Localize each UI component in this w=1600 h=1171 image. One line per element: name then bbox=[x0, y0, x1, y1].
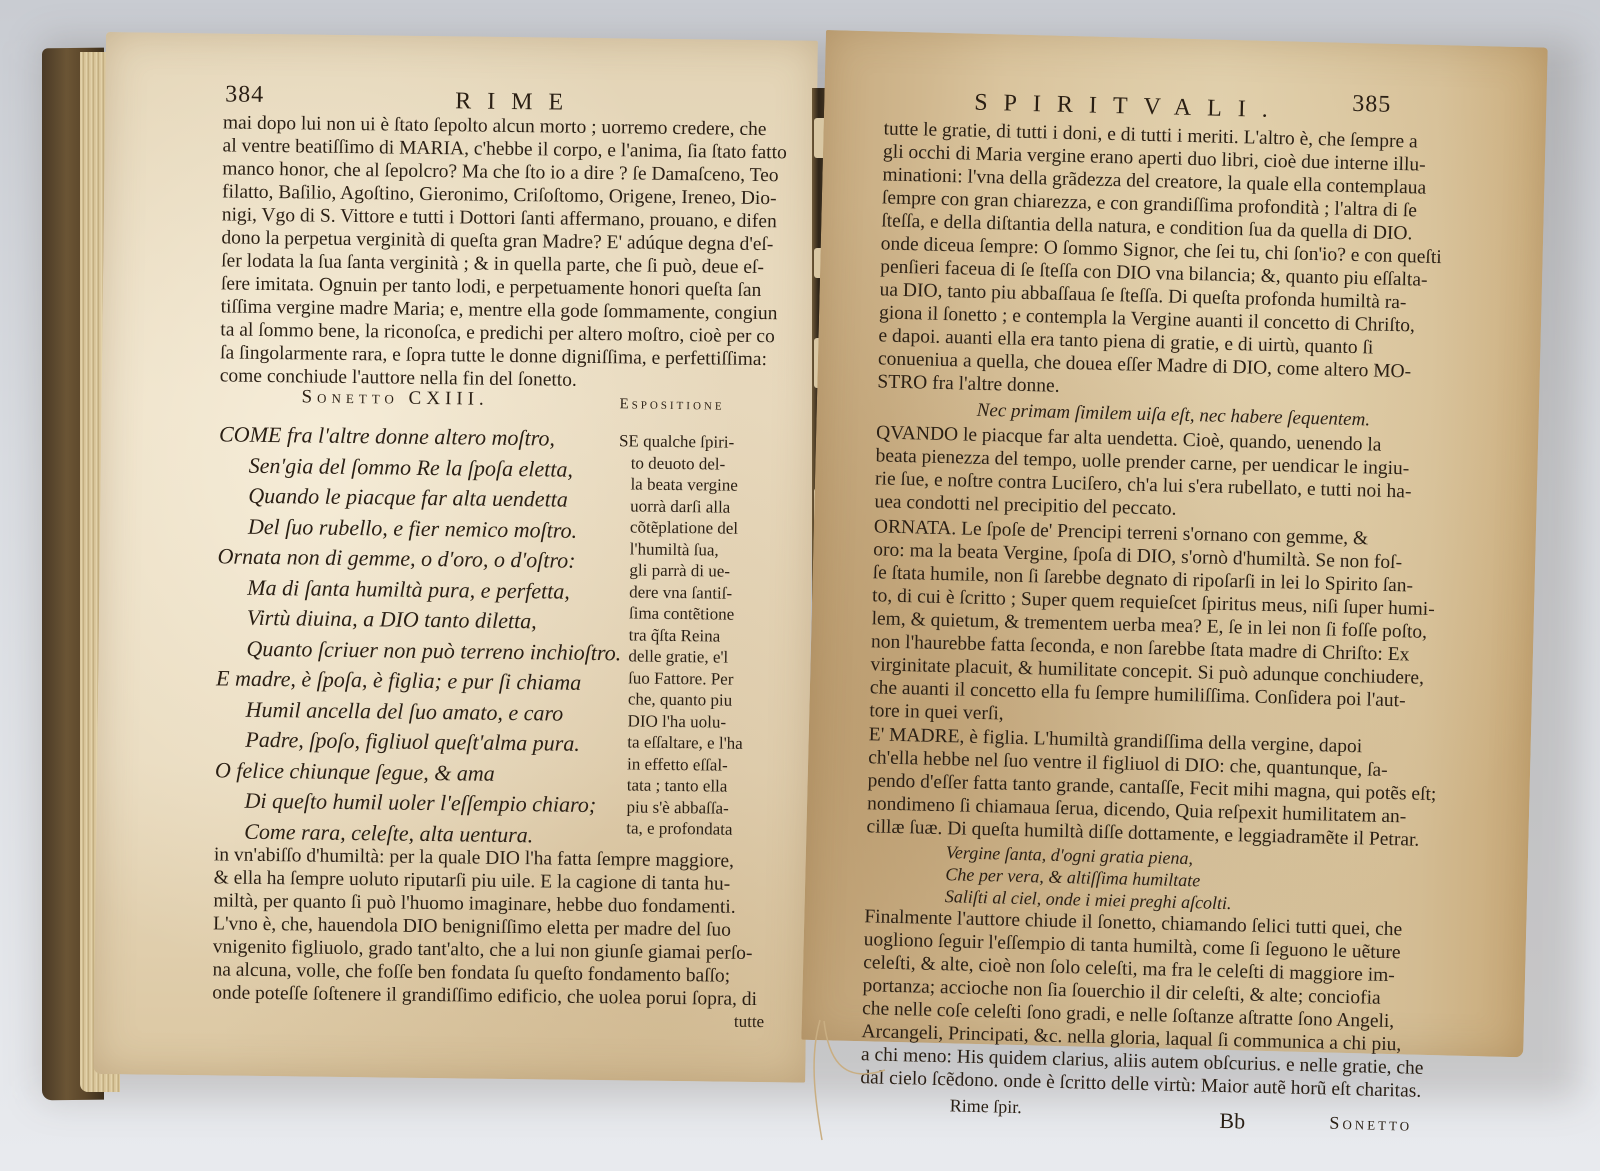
exposition-line: che, quanto piu bbox=[616, 688, 776, 711]
catchword-right: Sonetto bbox=[1329, 1113, 1412, 1136]
exposition-line: cõtẽplatione del bbox=[618, 516, 778, 539]
page-number-left: 384 bbox=[225, 81, 264, 108]
exposition-line: tata ; tanto ella bbox=[615, 774, 775, 797]
page-number-right: 385 bbox=[1352, 91, 1392, 119]
exposition-heading: Espositione bbox=[619, 396, 724, 414]
exposition-line: SE qualche ſpiri- bbox=[619, 430, 779, 453]
exposition-line: dere vna ſantiſ- bbox=[617, 581, 777, 604]
sonnet-verse: E madre, è ſpoſa, è figlia; e pur ſi chi… bbox=[216, 663, 606, 698]
sonnet-verse: Del ſuo rubello, e fier nemico moſtro. bbox=[218, 511, 608, 546]
paragraph-2: QVANDO le piacque far alta uendetta. Cio… bbox=[874, 421, 1448, 527]
exposition-line: in effetto eſſal- bbox=[615, 753, 775, 776]
sonnet-verse: Sen'gia del ſommo Re la ſpoſa eletta, bbox=[219, 450, 609, 485]
right-page: SPIRITVALI. 385 tutte le gratie, di tutt… bbox=[801, 30, 1547, 1057]
left-page: 384 RIME mai dopo lui non ui è ſtato ſep… bbox=[93, 32, 818, 1083]
opening-paragraph: mai dopo lui non ui è ſtato ſepolto alcu… bbox=[220, 111, 793, 394]
sonnet-verse: Ornata non di gemme, o d'oro, o d'oſtro: bbox=[217, 541, 607, 576]
exposition-line: gli parrà di ue- bbox=[617, 559, 777, 582]
sonnet-verse: Virtù diuina, a DIO tanto diletta, bbox=[217, 602, 607, 637]
signature-title: Rime ſpir. bbox=[949, 1095, 1021, 1118]
sonnet-text: COME fra l'altre donne altero moſtro,Sen… bbox=[214, 419, 609, 851]
exposition-line: uorrà darſi alla bbox=[618, 495, 778, 518]
exposition-line: tra q̃ſta Reina bbox=[617, 624, 777, 647]
running-head-left: RIME bbox=[455, 88, 579, 117]
sonnet-verse: O felice chiunque ſegue, & ama bbox=[215, 755, 605, 790]
paragraph-3: ORNATA. Le ſpoſe de' Prencipi terreni s'… bbox=[869, 515, 1446, 736]
signature-mark: Bb bbox=[1219, 1108, 1245, 1135]
exposition-line: la beata vergine bbox=[618, 473, 778, 496]
exposition-line: ta, e profondata bbox=[614, 817, 774, 840]
sonnet-verse: COME fra l'altre donne altero moſtro, bbox=[219, 419, 609, 454]
exposition-line: ſima contẽtione bbox=[617, 602, 777, 625]
exposition-line: ta eſſaltare, e l'ha bbox=[615, 731, 775, 754]
exposition-line: delle gratie, e'l bbox=[616, 645, 776, 668]
sonnet-verse: Padre, ſpoſo, figliuol queſt'alma pura. bbox=[215, 724, 605, 759]
sonnet-verse: Quanto ſcriuer non può terreno inchioſtr… bbox=[216, 633, 606, 668]
paragraph-4: E' MADRE, è figlia. L'humiltà grandiſſim… bbox=[866, 723, 1441, 852]
petrarch-quote: Vergine ſanta, d'ogni gratia piena,Che p… bbox=[945, 841, 1233, 914]
exposition-line: ſuo Fattore. Per bbox=[616, 667, 776, 690]
exposition-line: l'humiltà ſua, bbox=[618, 538, 778, 561]
running-head-right: SPIRITVALI. bbox=[974, 90, 1284, 125]
paragraph-5: Finalmente l'auttore chiude il ſonetto, … bbox=[860, 905, 1436, 1103]
exposition-line: DIO l'ha uolu- bbox=[615, 710, 775, 733]
paragraph-1: tutte le gratie, di tutti i doni, e di t… bbox=[877, 117, 1456, 407]
exposition-line: piu s'è abbaſſa- bbox=[614, 796, 774, 819]
closing-paragraph: in vn'abiſſo d'humiltà: per la quale DIO… bbox=[212, 843, 784, 1011]
exposition-line: to deuoto del- bbox=[619, 452, 779, 475]
sonnet-verse: Quando le piacque far alta uendetta bbox=[218, 480, 608, 515]
binding-thread bbox=[800, 1015, 890, 1145]
sonnet-verse: Ma di ſanta humiltà pura, e perfetta, bbox=[217, 572, 607, 607]
catchword-left: tutte bbox=[734, 1012, 764, 1032]
sonnet-heading: Sonetto CXIII. bbox=[301, 386, 488, 410]
sonnet-verse: Humil ancella del ſuo amato, e caro bbox=[216, 694, 606, 729]
exposition-column: SE qualche ſpiri-to deuoto del-la beata … bbox=[614, 430, 779, 840]
sonnet-verse: Di queſto humil uoler l'eſſempio chiaro; bbox=[214, 785, 604, 820]
